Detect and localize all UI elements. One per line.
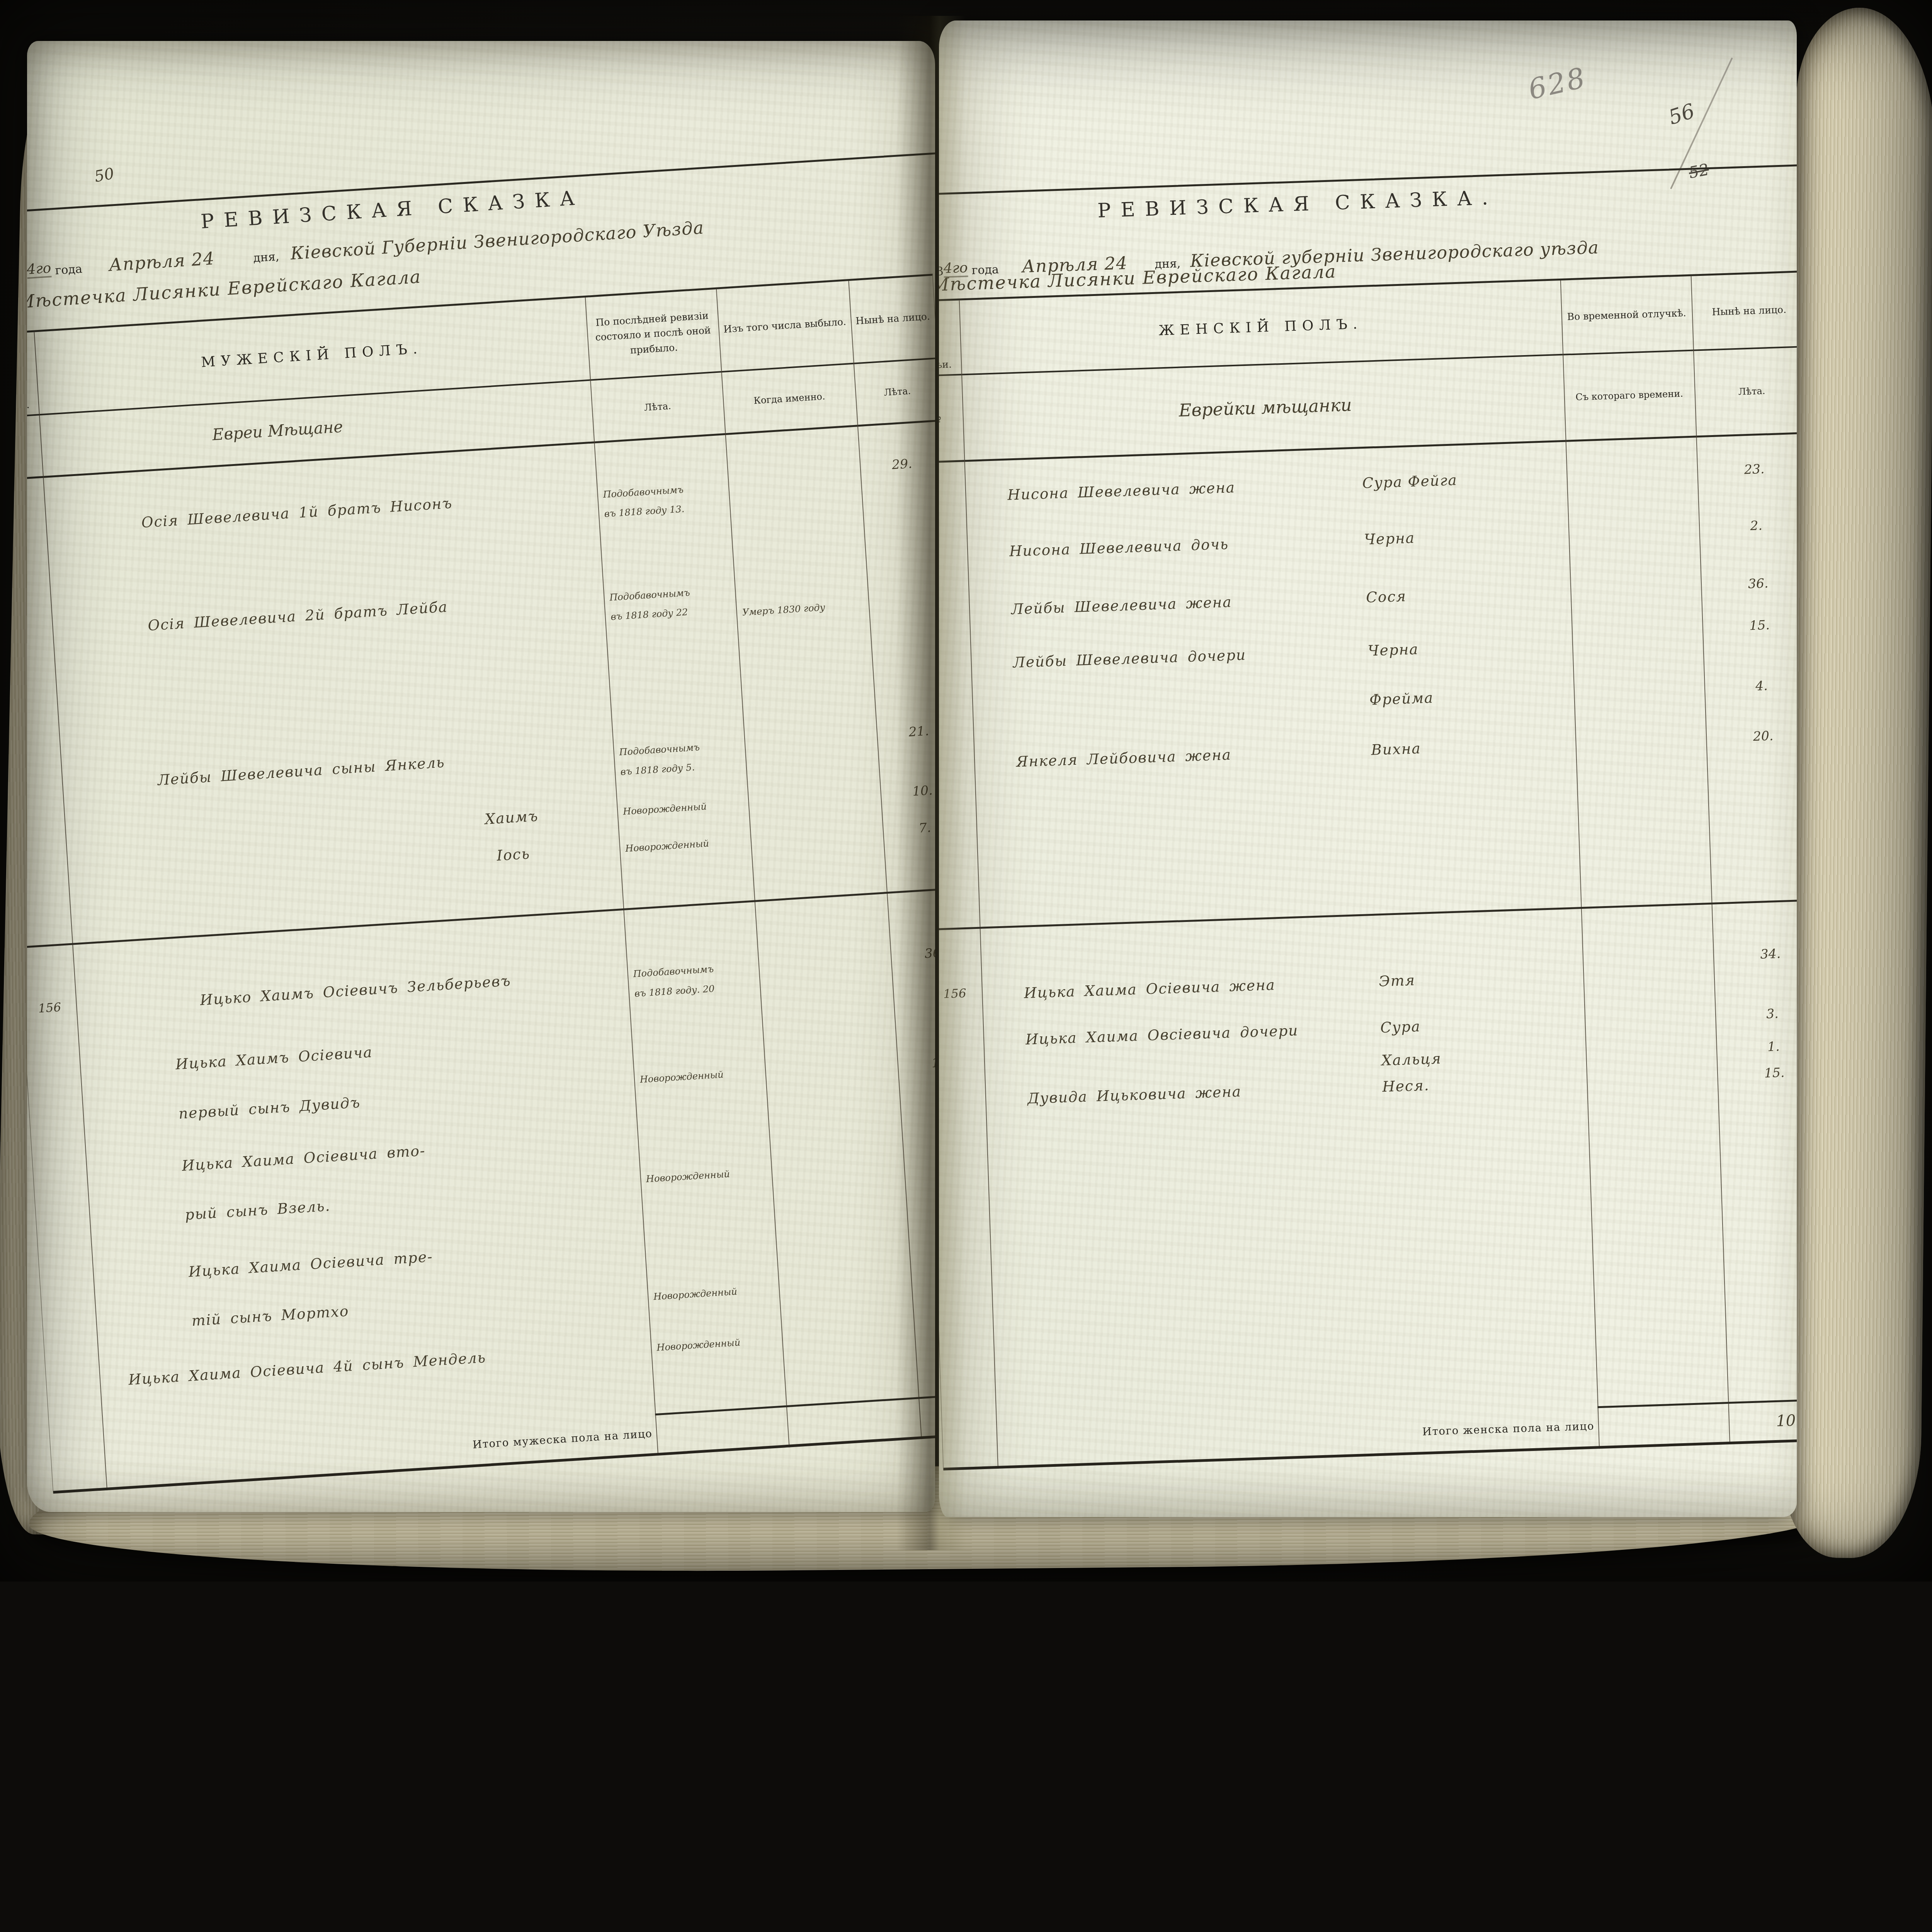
absence-note: [1566, 464, 1697, 468]
col-family-header: Семьи.: [939, 357, 952, 374]
person-entry: Ицько Хаимъ Осіевичъ Зельберьевъ: [76, 965, 628, 1017]
person-entry: [972, 692, 1345, 721]
person-name: Сура Фейга: [1362, 468, 1567, 492]
revision-note: Новорожденный: [617, 794, 749, 822]
revision-note: Новорожденный: [647, 1279, 780, 1307]
absence-note: [1573, 680, 1704, 685]
person-entry: Лейбы Шевелевича сыны Янкель: [62, 743, 614, 795]
family-number: [939, 1092, 985, 1094]
page-edges-right: [1781, 7, 1932, 1559]
person-name: Черна: [1367, 635, 1573, 659]
family-number: [33, 1160, 86, 1164]
absence-note: [1583, 962, 1713, 966]
departed-note: [728, 469, 860, 477]
table-row: Осія Шевелевича 1й братъ Нисонъ Подобаво…: [27, 463, 935, 562]
family-number: [27, 778, 62, 781]
family-number: [27, 520, 46, 524]
departed-note: Умеръ 1830 году: [736, 595, 869, 623]
col-present-header: Нынѣ на лицо.: [1711, 303, 1786, 320]
age-value: 15.: [1702, 616, 1797, 634]
age-value: 3.: [1715, 1004, 1797, 1023]
person-name: Фрейма: [1345, 685, 1574, 709]
person-entry: Осія Шевелевича 1й братъ Нисонъ: [46, 485, 598, 537]
departed-note: [782, 1322, 914, 1330]
person-entry: Дувида Ицьковича жена: [985, 1078, 1383, 1108]
family-number: [939, 602, 969, 604]
revision-note: Новорожденный: [634, 1062, 766, 1090]
footer-label: Итого мужеска пола на лицо: [472, 1427, 653, 1451]
family-divider-line: [27, 886, 935, 949]
person-entry: Ицька Хаима Овсіевича дочери: [983, 1019, 1381, 1049]
revision-note: Новорожденный: [619, 831, 752, 859]
right-page-content: 628 56 52 РЕВИЗСКАЯ СКАЗКА. 183 4го года…: [939, 20, 1797, 1517]
col-revision-header: По послѣдней ревизіи состояло и послѣ он…: [589, 308, 717, 361]
date-word-day: дня,: [253, 250, 280, 265]
revision-note: Подобавочнымъ въ 1818 году 5.: [613, 735, 747, 782]
age-value: 34.: [1713, 944, 1797, 963]
person-name: Вихна: [1371, 735, 1576, 759]
person-name: Хальця: [1333, 1045, 1586, 1071]
estate-note-handwritten: Еврейки мѣщанки: [1178, 395, 1352, 421]
age-value: 7.: [883, 818, 935, 838]
absence-note: [1584, 1008, 1715, 1012]
family-number: [27, 874, 68, 878]
age-value: 21.: [876, 721, 935, 742]
absence-note: [1572, 631, 1702, 635]
absence-note: [1575, 731, 1706, 735]
page-title: РЕВИЗСКАЯ СКАЗКА.: [939, 180, 1694, 229]
col-departed-header: Изъ того числа выбыло.: [723, 315, 847, 338]
census-table-male: Семьи. МУЖЕСКІЙ ПОЛЪ. По послѣдней ревиз…: [27, 274, 935, 1494]
col-number-subheader: №: [939, 412, 941, 426]
family-number: [939, 704, 972, 706]
family-number: [939, 755, 974, 757]
footer-cell: [655, 1405, 789, 1453]
person-entry: [984, 1054, 1333, 1082]
table-row: Янкеля Лейбовича женаВихна 20.: [939, 727, 1797, 774]
departed-note: [775, 1215, 907, 1223]
family-number: [939, 1032, 983, 1034]
footer-cell: [1597, 1402, 1729, 1446]
age-value: 13.: [904, 1152, 935, 1172]
table-row: Нисона Шевелевича женаСура Фейга 23.: [939, 460, 1797, 507]
age-value: 10.: [880, 781, 935, 801]
person-name: Сося: [1366, 582, 1571, 606]
revision-note: Новорожденный: [640, 1162, 772, 1189]
departed-note: [758, 949, 890, 957]
age-value: 36: [891, 943, 935, 964]
table-row: Осія Шевелевича 2й братъ Лейба Подобавоч…: [27, 566, 935, 669]
age-value: 2.: [1699, 516, 1797, 535]
absence-note: [1568, 520, 1699, 524]
person-entry: Осія Шевелевича 2й братъ Лейба: [52, 588, 604, 640]
age-value: 36.: [1701, 574, 1797, 593]
person-entry: Лейбы Шевелевича дочери: [970, 642, 1368, 672]
col-present-subheader: Лѣта.: [884, 384, 912, 400]
absence-note: [1586, 1067, 1717, 1071]
family-number: 156: [939, 986, 982, 1002]
family-number: [939, 655, 970, 657]
revision-note: Подобавочнымъ въ 1818 году 22: [603, 580, 737, 628]
age-value: [867, 566, 935, 572]
family-number: [27, 1059, 80, 1063]
book-photo: 50 РЕВИЗСКАЯ СКАЗКА 183 4го года Апрѣля …: [0, 0, 1932, 1582]
person-name: Этя: [1378, 966, 1583, 990]
left-page-content: 50 РЕВИЗСКАЯ СКАЗКА 183 4го года Апрѣля …: [27, 41, 935, 1512]
person-name: Черна: [1364, 524, 1569, 548]
age-value: 10.: [911, 1270, 935, 1290]
person-entry: Ицька Хаима Осіевича жена: [981, 973, 1379, 1003]
person-entry: Лейбы Шевелевича жена: [969, 589, 1366, 619]
age-value: 29.: [860, 454, 935, 474]
footer-total-cell: 10: [1728, 1398, 1797, 1442]
col-present-subheader: Лѣта.: [1738, 384, 1765, 399]
age-value: 20.: [1706, 727, 1797, 746]
col-absence-subheader: Съ котораго времени.: [1575, 387, 1683, 404]
date-word-year: года: [55, 262, 83, 277]
revision-note: Подобавочнымъ въ 1818 году 13.: [597, 477, 730, 524]
family-number: 156: [27, 1000, 77, 1017]
absence-note: [1585, 1041, 1716, 1045]
age-value: 23.: [1697, 460, 1797, 479]
family-number: [939, 1065, 984, 1067]
person-entry: Нисона Шевелевича дочь: [967, 531, 1364, 561]
right-page: 628 56 52 РЕВИЗСКАЯ СКАЗКА. 183 4го года…: [939, 20, 1797, 1517]
footer-cell: [786, 1397, 921, 1445]
footer-label: Итого женска пола на лицо: [1422, 1420, 1594, 1438]
date-year-handwritten: 4го: [27, 260, 52, 279]
family-number: [46, 1373, 99, 1377]
family-number: [27, 623, 52, 627]
ink-folio-number: 56: [1665, 99, 1697, 130]
departed-note: [750, 823, 883, 832]
col-present-header: Нынѣ на лицо.: [855, 310, 931, 329]
left-folio-number: 50: [93, 165, 116, 186]
revision-note: Подобавочнымъ въ 1818 году. 20: [627, 957, 760, 1004]
footer-total: 10: [1776, 1412, 1796, 1430]
person-name: Неся.: [1382, 1071, 1587, 1095]
estate-note-handwritten: Евреи Мѣщане: [212, 418, 344, 444]
person-entry: Нисона Шевелевича жена: [965, 475, 1362, 505]
age-value: 1.: [1716, 1037, 1797, 1056]
family-number: [939, 488, 965, 490]
col-departed-subheader: Когда именно.: [753, 389, 826, 408]
absence-note: [1570, 578, 1701, 582]
col-gender-header: ЖЕНСКІЙ ПОЛЪ.: [1158, 316, 1363, 339]
departed-note: [762, 1008, 894, 1016]
table-row: Фрейма 4.: [939, 677, 1797, 723]
person-entry: Янкеля Лейбовича жена: [974, 742, 1371, 772]
departed-note: [748, 786, 880, 794]
footer-total-cell: 9: [919, 1392, 935, 1437]
col-absence-header: Во временной отлучкѣ.: [1567, 306, 1686, 325]
table-row: Лейбы Шевелевича женаСося 36.: [939, 574, 1797, 621]
col-gender-header: МУЖЕСКІЙ ПОЛЪ.: [201, 341, 423, 371]
crossed-folio-number: 52: [1687, 160, 1710, 182]
table-rows: Осія Шевелевича 1й братъ Нисонъ Подобаво…: [27, 422, 935, 1454]
table-row: Лейбы Шевелевича дочериЧерна 15.: [939, 627, 1797, 674]
pencil-folio-number: 628: [1525, 62, 1589, 107]
person-name: Сура: [1380, 1012, 1585, 1036]
age-value: 16: [897, 1053, 935, 1073]
family-number: [939, 544, 967, 546]
col-family-header: Семьи.: [27, 398, 30, 415]
table-row: Нисона Шевелевича дочьЧерна 2.: [939, 516, 1797, 563]
age-value: 15.: [1717, 1063, 1797, 1082]
age-value: 8: [914, 1317, 935, 1337]
col-revision-subheader: Лѣта.: [644, 400, 672, 415]
family-number: [27, 837, 66, 841]
departed-note: [768, 1109, 900, 1117]
table-rows: Нисона Шевелевича женаСура Фейга 23. Нис…: [939, 434, 1797, 1431]
revision-note: Новорожденный: [650, 1330, 783, 1358]
family-number: [39, 1266, 93, 1270]
census-table-female: Семьи. ЖЕНСКІЙ ПОЛЪ. Во временной отлучк…: [939, 270, 1797, 1470]
left-page: 50 РЕВИЗСКАЯ СКАЗКА 183 4го года Апрѣля …: [27, 41, 935, 1512]
age-value: 4.: [1704, 677, 1797, 696]
date-day-handwritten: Апрѣля 24: [109, 248, 216, 275]
departed-note: [744, 726, 876, 735]
family-divider-line: [939, 899, 1797, 931]
date-region-handwritten: Кіевской Губерніи Звенигородскаго Уѣзда: [290, 218, 704, 264]
table-row: 156 Ицька Хаима Осіевича женаЭтя 34.: [939, 958, 1797, 1005]
